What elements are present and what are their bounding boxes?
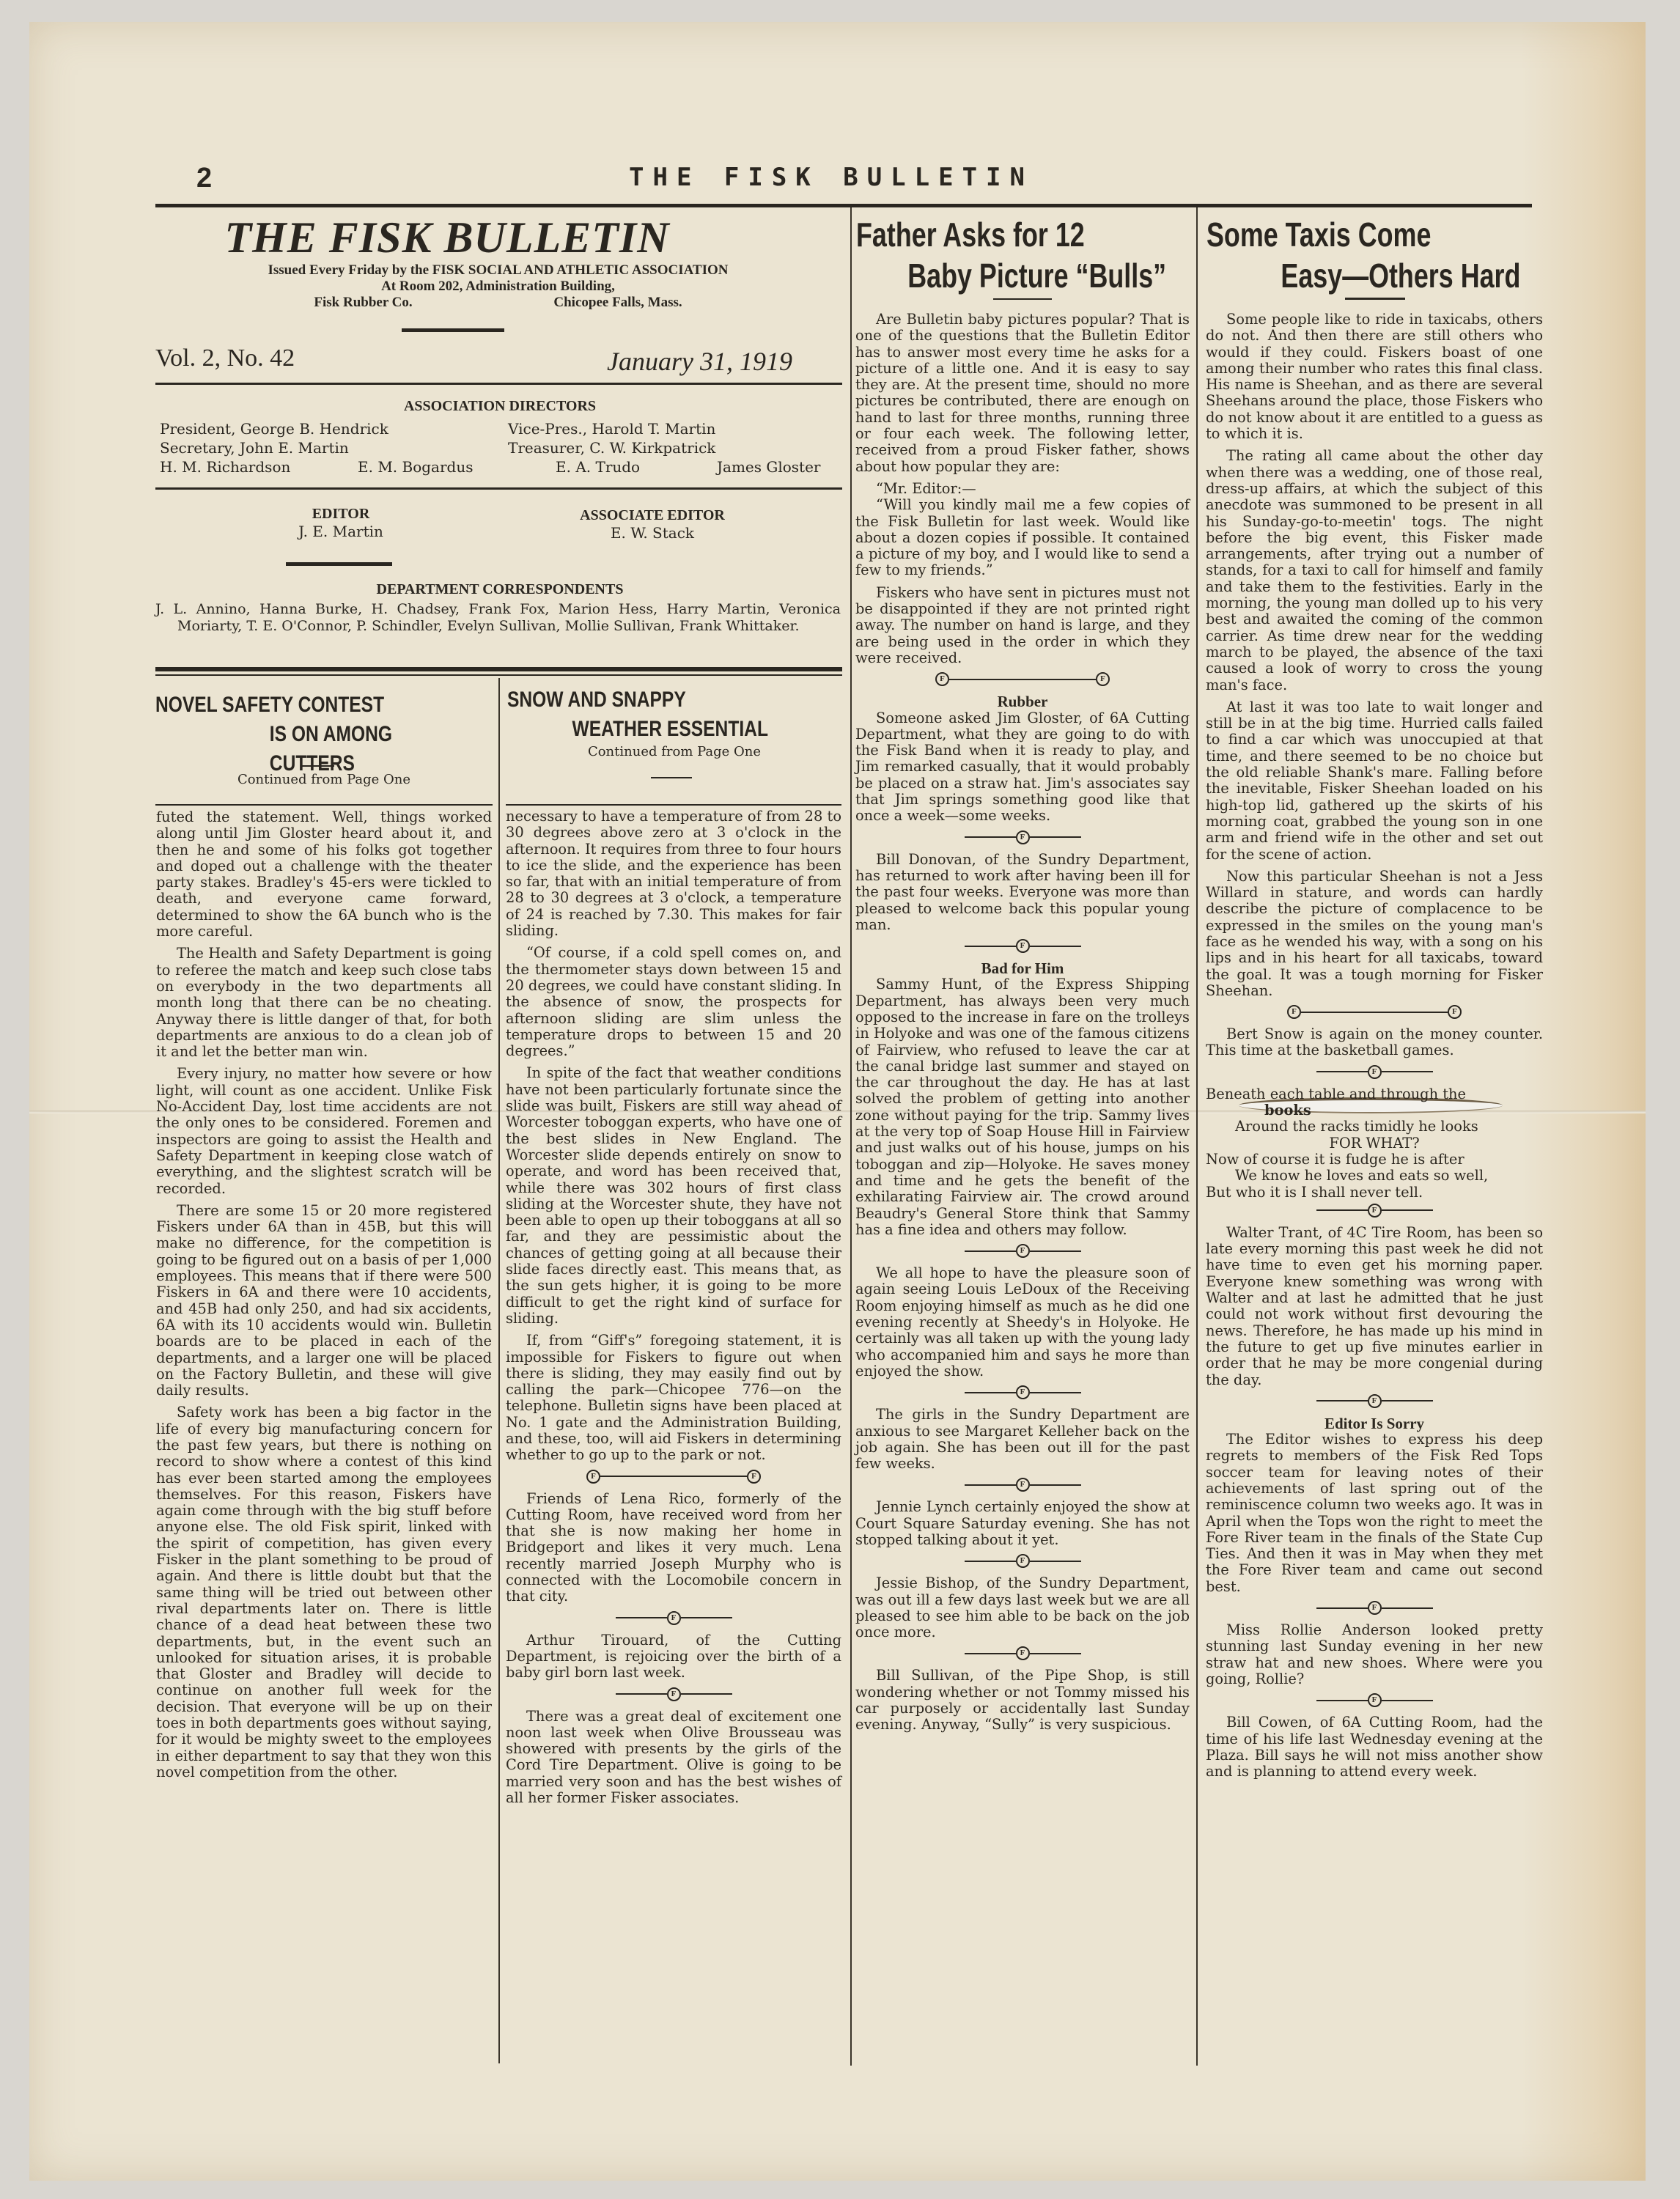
news-item: Walter Trant, of 4C Tire Room, has been … xyxy=(1206,1225,1543,1388)
issued-line: Issued Every Friday by the FISK SOCIAL A… xyxy=(155,262,841,279)
headline-line: Easy—Others Hard xyxy=(1206,255,1550,296)
news-item: Miss Rollie Anderson looked pretty stunn… xyxy=(1206,1622,1543,1687)
headline-line: Baby Picture “Bulls” xyxy=(856,255,1187,296)
fisk-f-icon: F xyxy=(1368,1693,1382,1707)
paragraph: Safety work has been a big factor in the… xyxy=(156,1404,492,1780)
subheading-editor-sorry: Editor Is Sorry xyxy=(1206,1415,1543,1432)
running-head: 2 THE FISK BULLETIN xyxy=(196,163,1538,207)
fisk-f-icon: F xyxy=(1368,1204,1382,1218)
director: E. M. Bogardus xyxy=(358,457,556,476)
separator: F xyxy=(855,1554,1190,1568)
fisk-f-icon: F xyxy=(747,1470,761,1484)
editor-credit: EDITOR J. E. Martin xyxy=(249,506,432,541)
short-rule xyxy=(302,765,334,767)
publication-info: Issued Every Friday by the FISK SOCIAL A… xyxy=(155,262,841,311)
paragraph: At last it was too late to wait longer a… xyxy=(1206,699,1543,863)
headline-snow-weather: SNOW AND SNAPPY WEATHER ESSENTIAL xyxy=(507,685,819,744)
directors-list: President, George B. HendrickVice-Pres.,… xyxy=(160,419,841,476)
fisk-f-icon: F xyxy=(1448,1005,1462,1019)
separator: FF xyxy=(1206,1005,1543,1019)
headline-line: Some Taxis Come xyxy=(1206,216,1431,254)
short-rule xyxy=(651,777,692,778)
news-item: Bert Snow is again on the money counter.… xyxy=(1206,1026,1543,1059)
separator: F xyxy=(506,1687,841,1701)
double-rule xyxy=(155,667,842,671)
director: E. A. Trudo xyxy=(556,457,717,476)
article-body-father: Are Bulletin baby pictures popular? That… xyxy=(855,312,1190,1739)
paragraph: Now this particular Sheehan is not a Jes… xyxy=(1206,869,1543,999)
news-item: Bill Donovan, of the Sundry Department, … xyxy=(855,852,1190,933)
subheading-rubber: Rubber xyxy=(855,693,1190,710)
paragraph: The Editor wishes to express his deep re… xyxy=(1206,1432,1543,1595)
fisk-f-icon: F xyxy=(1016,939,1030,953)
article-body-safety: futed the statement. Well, things worked… xyxy=(156,809,492,1786)
column-divider xyxy=(1196,207,1198,2066)
separator: F xyxy=(1206,1693,1543,1707)
separator: F xyxy=(855,830,1190,844)
continued-note: Continued from Page One xyxy=(155,772,493,787)
double-rule xyxy=(155,674,842,676)
location: Chicopee Falls, Mass. xyxy=(553,295,682,311)
correspondents-list: J. L. Annino, Hanna Burke, H. Chadsey, F… xyxy=(155,601,841,635)
poem-line: But who it is I shall never tell. xyxy=(1206,1185,1543,1201)
masthead-title: THE FISK BULLETIN xyxy=(191,213,704,263)
paragraph: necessary to have a temperature of from … xyxy=(506,808,841,939)
fisk-f-icon: F xyxy=(1016,1554,1030,1568)
correspondents-heading: DEPARTMENT CORRESPONDENTS xyxy=(155,581,844,598)
headline-line: Father Asks for 12 xyxy=(856,216,1085,254)
news-item: Bill Sullivan, of the Pipe Shop, is stil… xyxy=(855,1668,1190,1733)
fisk-f-icon: F xyxy=(1016,1385,1030,1399)
separator: F xyxy=(855,1478,1190,1492)
divider-rule xyxy=(155,383,842,385)
running-title: THE FISK BULLETIN xyxy=(629,163,1034,192)
article-body-taxis: Some people like to ride in taxicabs, ot… xyxy=(1206,312,1543,1786)
news-item: Jennie Lynch certainly enjoyed the show … xyxy=(855,1499,1190,1548)
short-rule xyxy=(286,562,392,566)
separator: F xyxy=(1206,1601,1543,1615)
poem-line: books xyxy=(1206,1102,1543,1119)
volume-number: Vol. 2, No. 42 xyxy=(155,345,295,372)
fisk-f-icon: F xyxy=(1016,1646,1030,1660)
editor-label: EDITOR xyxy=(249,506,432,523)
news-item: Arthur Tirouard, of the Cutting Departme… xyxy=(506,1632,841,1682)
headline-taxis: Some Taxis Come Easy—Others Hard xyxy=(1206,214,1550,296)
paragraph: Sammy Hunt, of the Express Shipping Depa… xyxy=(855,976,1190,1238)
paragraph: In spite of the fact that weather condit… xyxy=(506,1065,841,1327)
headline-line: WEATHER ESSENTIAL xyxy=(507,715,819,744)
associate-editor-credit: ASSOCIATE EDITOR E. W. Stack xyxy=(542,507,762,542)
fisk-f-icon: F xyxy=(935,672,949,686)
news-item: There was a great deal of excitement one… xyxy=(506,1709,841,1807)
separator: FF xyxy=(855,672,1190,686)
paragraph: Some people like to ride in taxicabs, ot… xyxy=(1206,312,1543,442)
poem-line: Now of course it is fudge he is after xyxy=(1206,1152,1543,1168)
director: Vice-Pres., Harold T. Martin xyxy=(508,419,715,438)
fisk-f-icon: F xyxy=(1016,1244,1030,1258)
column-divider xyxy=(850,207,852,2066)
associate-editor-name: E. W. Stack xyxy=(542,524,762,542)
continued-note: Continued from Page One xyxy=(506,744,843,759)
separator: F xyxy=(1206,1394,1543,1408)
top-rule xyxy=(155,204,1532,207)
director: H. M. Richardson xyxy=(160,457,358,476)
headline-line: NOVEL SAFETY CONTEST xyxy=(155,693,384,717)
headline-line: IS ON AMONG CUTTERS xyxy=(155,720,468,778)
separator: FF xyxy=(506,1470,841,1484)
room-line: At Room 202, Administration Building, xyxy=(155,279,841,295)
short-rule xyxy=(1345,298,1405,300)
divider-rule xyxy=(155,804,493,806)
separator: F xyxy=(1206,1065,1543,1079)
poem: Beneath each table and through the books… xyxy=(1206,1086,1543,1201)
directors-heading: ASSOCIATION DIRECTORS xyxy=(155,398,844,415)
paragraph: “Mr. Editor:— xyxy=(855,481,1190,497)
separator: F xyxy=(1206,1204,1543,1218)
fisk-f-icon: F xyxy=(1368,1394,1382,1408)
paragraph: Every injury, no matter how severe or ho… xyxy=(156,1066,492,1196)
editor-name: J. E. Martin xyxy=(249,523,432,541)
article-body-snow: necessary to have a temperature of from … xyxy=(506,808,841,1812)
short-rule xyxy=(993,298,1052,300)
divider-rule xyxy=(506,804,841,806)
fisk-f-icon: F xyxy=(1016,830,1030,844)
news-item: Bill Cowen, of 6A Cutting Room, had the … xyxy=(1206,1714,1543,1780)
fisk-f-icon: F xyxy=(1016,1478,1030,1492)
subheading-bad-for-him: Bad for Him xyxy=(855,960,1190,976)
paragraph: The Health and Safety Department is goin… xyxy=(156,946,492,1060)
paragraph: The rating all came about the other day … xyxy=(1206,448,1543,693)
fisk-f-icon: F xyxy=(1368,1065,1382,1079)
page-number: 2 xyxy=(196,163,212,194)
paragraph: Someone asked Jim Gloster, of 6A Cutting… xyxy=(855,710,1190,825)
short-rule xyxy=(402,328,504,332)
separator: F xyxy=(855,1646,1190,1660)
news-item: The girls in the Sundry Department are a… xyxy=(855,1407,1190,1472)
paragraph: Are Bulletin baby pictures popular? That… xyxy=(855,312,1190,475)
poem-line: FOR WHAT? xyxy=(1206,1135,1543,1152)
poem-line: Around the racks timidly he looks xyxy=(1206,1119,1543,1135)
director: James Gloster xyxy=(717,457,820,476)
director: Secretary, John E. Martin xyxy=(160,438,508,457)
headline-father-asks: Father Asks for 12 Baby Picture “Bulls” xyxy=(856,214,1187,296)
divider-rule xyxy=(155,487,842,490)
paragraph: “Will you kindly mail me a few copies of… xyxy=(855,497,1190,578)
paragraph: If, from “Giff's” foregoing statement, i… xyxy=(506,1333,841,1463)
fisk-f-icon: F xyxy=(1368,1601,1382,1615)
poem-line: We know he loves and eats so well, xyxy=(1206,1168,1543,1184)
company-name: Fisk Rubber Co. xyxy=(314,295,412,311)
correspondents-names: J. L. Annino, Hanna Burke, H. Chadsey, F… xyxy=(155,601,841,635)
fisk-f-icon: F xyxy=(1096,672,1110,686)
director: President, George B. Hendrick xyxy=(160,419,508,438)
news-item: We all hope to have the pleasure soon of… xyxy=(855,1265,1190,1380)
separator: F xyxy=(506,1611,841,1625)
column-divider xyxy=(498,678,500,2063)
headline-line: SNOW AND SNAPPY xyxy=(507,688,686,712)
paragraph: There are some 15 or 20 more registered … xyxy=(156,1203,492,1399)
separator: F xyxy=(855,1244,1190,1258)
fisk-f-icon: F xyxy=(667,1687,681,1701)
separator: F xyxy=(855,939,1190,953)
paragraph: “Of course, if a cold spell comes on, an… xyxy=(506,945,841,1059)
fisk-f-icon: F xyxy=(667,1611,681,1625)
fisk-f-icon: F xyxy=(586,1470,600,1484)
poem-line: Beneath each table and through the xyxy=(1206,1086,1543,1102)
news-item: Friends of Lena Rico, formerly of the Cu… xyxy=(506,1491,841,1605)
paragraph: futed the statement. Well, things worked… xyxy=(156,809,492,940)
director: Treasurer, C. W. Kirkpatrick xyxy=(508,438,715,457)
separator: F xyxy=(855,1385,1190,1399)
paragraph: Fiskers who have sent in pictures must n… xyxy=(855,585,1190,666)
fisk-f-icon: F xyxy=(1287,1005,1301,1019)
news-item: Jessie Bishop, of the Sundry Department,… xyxy=(855,1575,1190,1640)
issue-date: January 31, 1919 xyxy=(607,346,792,377)
associate-editor-label: ASSOCIATE EDITOR xyxy=(542,507,762,524)
